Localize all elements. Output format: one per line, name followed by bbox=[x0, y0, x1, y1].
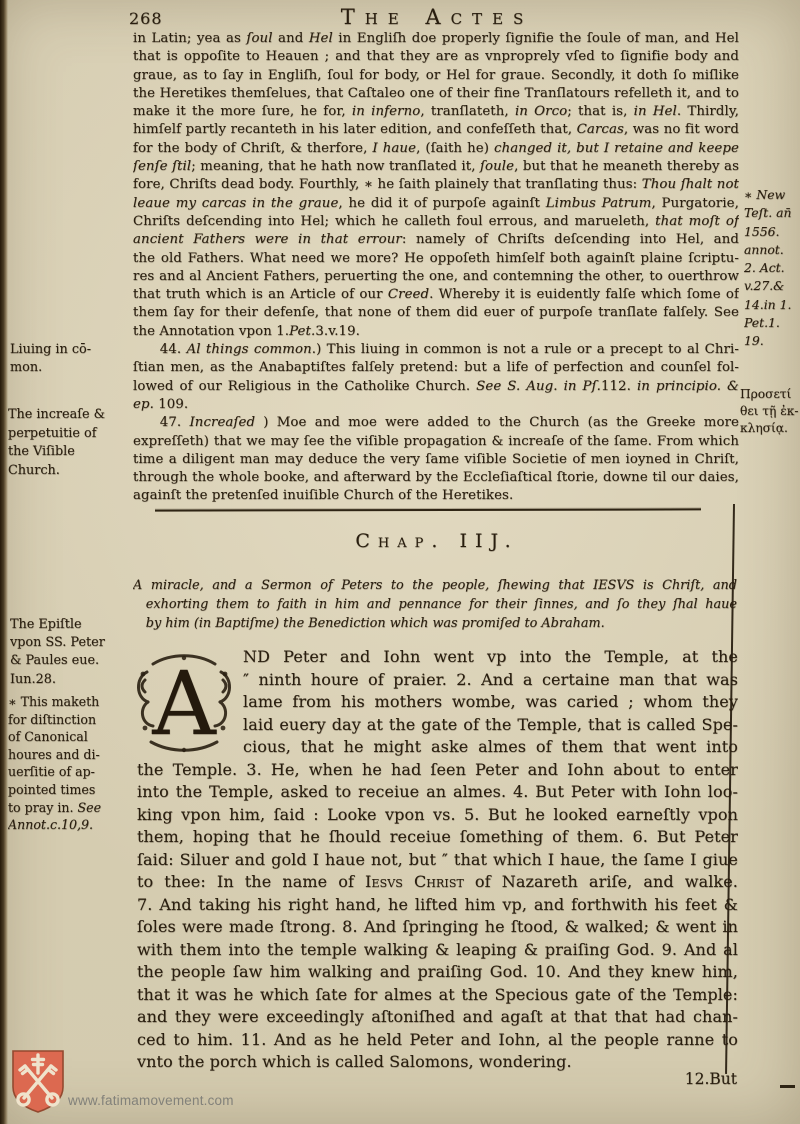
text-line: into the Temple, asked to receiue an alm… bbox=[137, 781, 738, 804]
margin-note-left: ∗ This makethfor diſtinctionof Canonical… bbox=[8, 693, 134, 834]
text-line: 47. Increaſed ) Moe and moe were added t… bbox=[133, 414, 739, 432]
crossed-keys-shield-icon bbox=[9, 1049, 67, 1113]
text-line: them ſay for their defenſe, that none of… bbox=[133, 304, 739, 322]
text-line: res and al Ancient Fathers, peruerting t… bbox=[133, 268, 739, 286]
text-line: 7. And taking his right hand, he lifted … bbox=[137, 894, 738, 917]
text-line: by him (in Baptiſme) the Benediction whi… bbox=[133, 615, 737, 634]
text-line: the Heretikes themſelues, that Caſtaleo … bbox=[133, 85, 739, 103]
text-line: mon. bbox=[10, 359, 130, 377]
text-line: and they were exceedingly aſtoniſhed and… bbox=[137, 1006, 738, 1029]
text-line: leaue my carcas in the graue, he did it … bbox=[133, 195, 739, 213]
text-line: θει τῇ ἐκ- bbox=[740, 403, 800, 420]
text-line: for diſtinction bbox=[8, 711, 134, 729]
edge-mark bbox=[780, 1085, 795, 1088]
text-line: 19. bbox=[744, 332, 798, 350]
text-line: 1556. bbox=[744, 223, 798, 241]
text-line: fore, Chriſts dead body. Fourthly, ∗ he … bbox=[133, 176, 739, 194]
watermark-shield-logo bbox=[9, 1049, 67, 1113]
text-line: ″ ninth houre of praier. 2. And a certai… bbox=[243, 669, 738, 692]
text-line: ſenſe ſtil; meaning, that he hath now tr… bbox=[133, 158, 739, 176]
text-line: Teſt. an̄ bbox=[744, 204, 798, 222]
margin-note-left: The increaſe &perpetuitie ofthe ViſibleC… bbox=[8, 406, 130, 480]
text-line: Liuing in cō- bbox=[10, 341, 130, 359]
text-line: the Temple. 3. He, when he had ſeen Pete… bbox=[137, 759, 738, 782]
margin-note-left: The Epiſtlevpon SS. Peter& Paules eue.Iu… bbox=[10, 616, 134, 689]
text-line: exhorting them to faith in him and penna… bbox=[133, 596, 737, 615]
text-line: them, hoping that he ſhould receiue ſome… bbox=[137, 826, 738, 849]
page-number: 268 bbox=[129, 9, 163, 28]
text-line: the old Fathers. What need we more? He o… bbox=[133, 250, 739, 268]
page: 268 The Actes in Latin; yea as ſoul and … bbox=[0, 0, 800, 1124]
text-line: κλησίᾳ. bbox=[740, 420, 800, 437]
text-line: cious, that he might aske almes of them … bbox=[243, 736, 738, 759]
text-line: to thee: In the name of Iesvs Christ of … bbox=[137, 871, 738, 894]
text-line: make it the more ſure, he for, in infern… bbox=[133, 103, 739, 121]
text-line: for the body of Chriſt, & therfore, I ha… bbox=[133, 140, 739, 158]
text-line: The Epiſtle bbox=[10, 616, 134, 634]
margin-note-greek: Προσετίθει τῇ ἐκ-κλησίᾳ. bbox=[740, 386, 800, 437]
page-title: The Actes bbox=[341, 5, 534, 29]
text-line: ∗ This maketh bbox=[8, 693, 134, 711]
text-line: ND Peter and Iohn went vp into the Templ… bbox=[243, 646, 738, 669]
text-line: ſaid: Siluer and gold I haue not, but ″ … bbox=[137, 849, 738, 872]
text-line: that it was he which ſate for almes at t… bbox=[137, 984, 738, 1007]
text-line: with them into the temple walking & leap… bbox=[137, 939, 738, 962]
text-line: ∗ New bbox=[744, 186, 798, 204]
text-line: Iun.28. bbox=[10, 671, 134, 689]
text-line: 14.in 1. bbox=[744, 296, 798, 314]
text-line: annot. in bbox=[744, 241, 798, 259]
text-line: that is oppoſite to Heauen ; and that th… bbox=[133, 48, 739, 66]
section-rule bbox=[155, 508, 701, 512]
text-line: vpon SS. Peter bbox=[10, 634, 134, 652]
text-line: the people ſaw him walking and praiſing … bbox=[137, 961, 738, 984]
text-line: Church. bbox=[8, 462, 130, 481]
text-line: himſelf partly recanteth in his later ed… bbox=[133, 121, 739, 139]
text-line: A miracle, and a Sermon of Peters to the… bbox=[133, 577, 737, 596]
text-line: king vpon him, ſaid : Looke vpon vs. 5. … bbox=[137, 804, 738, 827]
drop-cap-woodcut-icon: A bbox=[131, 650, 237, 758]
drop-cap-initial: A bbox=[131, 650, 237, 758]
chapter-heading: Chap. IIJ. bbox=[355, 530, 518, 552]
text-line: the Viſible bbox=[8, 443, 130, 462]
text-line: Chriſts deſcending into Hel; which he ca… bbox=[133, 213, 739, 231]
text-line: lame from his mothers wombe, was caried … bbox=[243, 691, 738, 714]
text-line: Annot.c.10,9. bbox=[8, 816, 134, 834]
text-line: 2. Act. bbox=[744, 259, 798, 277]
text-line: expreſſeth) that we may ſee the viſible … bbox=[133, 433, 739, 451]
text-line: that truth which is an Article of our Cr… bbox=[133, 286, 739, 304]
text-line: & Paules eue. bbox=[10, 652, 134, 670]
text-line: lowed of our Religious in the Catholike … bbox=[133, 378, 739, 396]
text-line: to pray in. See bbox=[8, 799, 134, 817]
text-line: v.27.& bbox=[744, 277, 798, 295]
text-line: time a diligent man may deduce the very … bbox=[133, 451, 739, 469]
text-line: graue, as to ſay in Engliſh, ſoul for bo… bbox=[133, 67, 739, 85]
chapter-argument: A miracle, and a Sermon of Peters to the… bbox=[133, 577, 737, 633]
text-line: through the whole booke, and afterward b… bbox=[133, 469, 739, 487]
text-line: pointed times bbox=[8, 781, 134, 799]
chapter-body: A ND Peter and Iohn went vp into the Tem… bbox=[137, 646, 738, 1074]
margin-note-right: ∗ NewTeſt. an̄1556.annot. in2. Act.v.27.… bbox=[744, 186, 798, 351]
watermark-url: www.fatimamovement.com bbox=[68, 1093, 234, 1108]
annotation-block: in Latin; yea as ſoul and Hel in Engliſh… bbox=[133, 30, 739, 506]
catchword: 12.But bbox=[600, 1070, 737, 1088]
text-line: ſoles were made ſtrong. 8. And ſpringing… bbox=[137, 916, 738, 939]
text-line: in Latin; yea as ſoul and Hel in Engliſh… bbox=[133, 30, 739, 48]
text-line: perpetuitie of bbox=[8, 425, 130, 444]
text-line: houres and di- bbox=[8, 746, 134, 764]
text-line: The increaſe & bbox=[8, 406, 130, 425]
text-line: uerſitie of ap- bbox=[8, 763, 134, 781]
text-line: ſtian men, as the Anabaptiſtes falſely p… bbox=[133, 359, 739, 377]
text-line: ancient Fathers were in that errour: nam… bbox=[133, 231, 739, 249]
text-line: of Canonical bbox=[8, 728, 134, 746]
text-line: the Annotation vpon 1.Pet.3.v.19. bbox=[133, 323, 739, 341]
page-edge bbox=[0, 0, 8, 1124]
margin-note-left: Liuing in cō-mon. bbox=[10, 341, 130, 377]
text-line: againſt the pretenſed inuiſible Church o… bbox=[133, 487, 739, 505]
text-line: laid euery day at the gate of the Temple… bbox=[243, 714, 738, 737]
svg-text:A: A bbox=[151, 652, 217, 755]
text-line: ep. 109. bbox=[133, 396, 739, 414]
text-line: Pet.1. bbox=[744, 314, 798, 332]
text-line: 44. Al things common.) This liuing in co… bbox=[133, 341, 739, 359]
text-line: ced to him. 11. And as he held Peter and… bbox=[137, 1029, 738, 1052]
text-line: Προσετί bbox=[740, 386, 800, 403]
